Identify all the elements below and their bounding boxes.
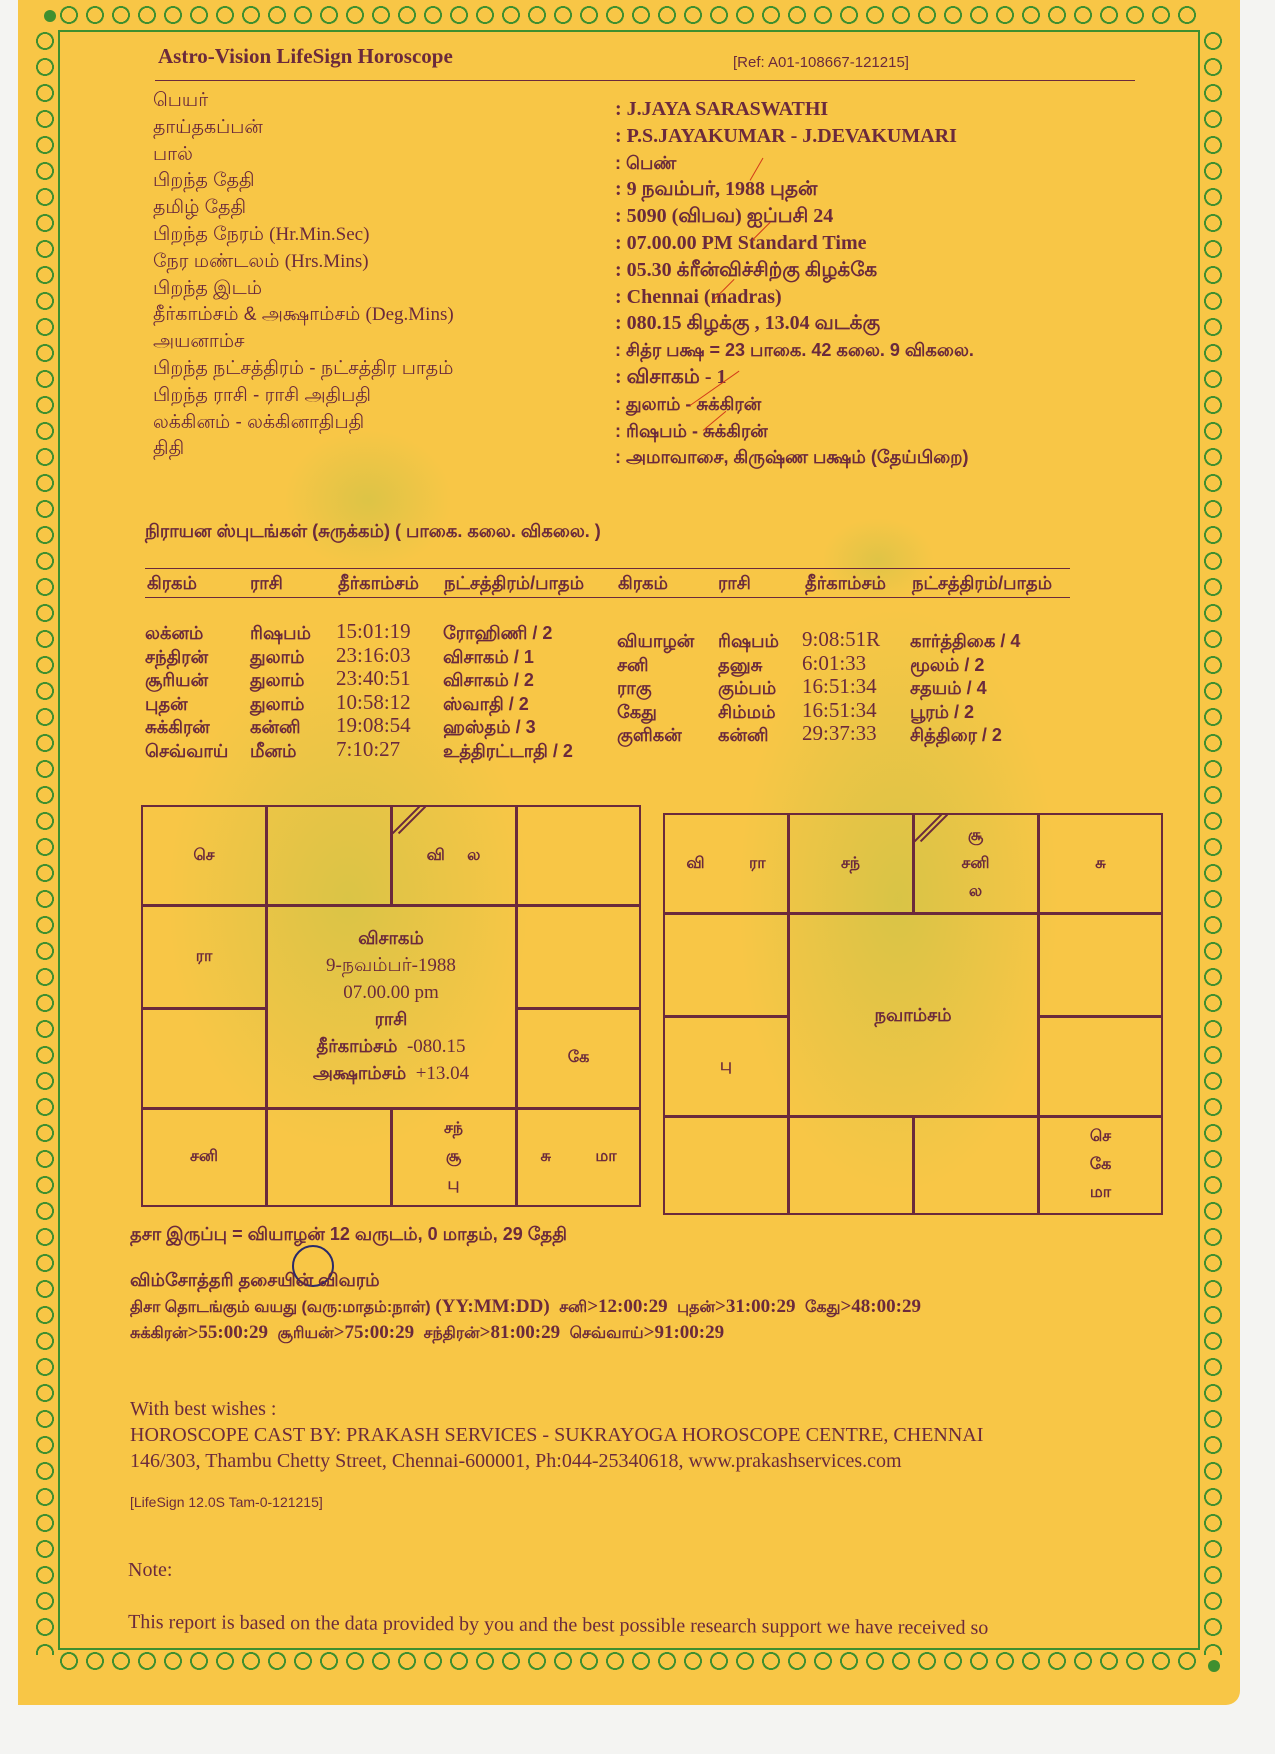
table-cell: 7:10:27 <box>336 738 411 762</box>
navamsa-house-mithunam: சு <box>1039 815 1162 912</box>
navamsa-house-thulam <box>914 1117 1037 1213</box>
center-chart-label: ராசி <box>267 1006 515 1033</box>
cast-by: HOROSCOPE CAST BY: PRAKASH SERVICES - SU… <box>130 1424 983 1447</box>
table-cell: குளிகன் <box>617 724 694 748</box>
col-header-longitude: தீர்காம்சம் <box>338 573 419 596</box>
table-cell: விசாகம் / 1 <box>443 646 573 670</box>
table-cell: தனுசு <box>718 654 779 678</box>
info-label: திதி <box>153 436 454 463</box>
birth-info-values: : J.JAYA SARASWATHI : P.S.JAYAKUMAR - J.… <box>615 96 974 471</box>
info-value-star: : விசாகம் - 1 <box>615 364 974 391</box>
table-cell: கேது <box>617 701 694 725</box>
table-cell: உத்திரட்டாதி / 2 <box>443 740 573 764</box>
info-label: தமிழ் தேதி <box>153 195 454 222</box>
corner-ornament-icon <box>1208 1660 1220 1672</box>
info-value-birth-place: : Chennai (madras) <box>615 284 974 311</box>
dasa-periods-line-2: சுக்கிரன்>55:00:29 சூரியன்>75:00:29 சந்த… <box>130 1322 724 1344</box>
rasi-house-kanni: சு மா <box>517 1109 640 1205</box>
note-label: Note: <box>128 1559 172 1582</box>
table-cell: துலாம் <box>250 693 311 717</box>
table-cell: 23:16:03 <box>336 644 411 668</box>
table-cell: 19:08:54 <box>336 714 411 738</box>
info-label: லக்கினம் - லக்கினாதிபதி <box>153 410 454 437</box>
table-cell: 6:01:33 <box>802 652 880 676</box>
longitude-column-left: 15:01:19 23:16:03 23:40:51 10:58:12 19:0… <box>336 620 411 762</box>
rasi-house-rishabam: வி ல <box>392 807 515 904</box>
col-header-star: நட்சத்திரம்/பாதம் <box>912 573 1052 596</box>
info-label: நேர மண்டலம் (Hrs.Mins) <box>153 249 454 276</box>
reference-number: [Ref: A01-108667-121215] <box>733 54 909 71</box>
table-cell: 9:08:51R <box>802 628 880 652</box>
table-cell: சதயம் / 4 <box>910 677 1020 701</box>
table-cell: கும்பம் <box>718 677 779 701</box>
header-divider <box>155 80 1135 81</box>
info-label: பிறந்த இடம் <box>153 276 454 303</box>
decorative-border-left <box>34 30 56 1655</box>
table-cell: விசாகம் / 2 <box>443 669 573 693</box>
info-label: அயனாம்ச <box>153 329 454 356</box>
table-cell: துலாம் <box>250 669 311 693</box>
table-cell: புதன் <box>145 693 228 717</box>
table-cell: 10:58:12 <box>336 691 411 715</box>
info-value-rasi: : துலாம் - சுக்கிரன் <box>615 391 974 418</box>
rasi-house-kumbam: ரா <box>143 906 265 1007</box>
info-value-name: : J.JAYA SARASWATHI <box>615 96 974 123</box>
info-label: பிறந்த தேதி <box>153 168 454 195</box>
rasi-house-mesham <box>267 807 390 904</box>
decorative-border-bottom <box>58 1650 1198 1672</box>
table-cell: 23:40:51 <box>336 667 411 691</box>
table-cell: ரிஷபம் <box>250 622 311 646</box>
table-cell: சுக்கிரன் <box>145 716 228 740</box>
rasi-chart: செ வி ல ரா கே சனி சந் சூ பு சு மா விசாகம… <box>141 805 641 1207</box>
center-time: 07.00.00 pm <box>267 979 515 1006</box>
table-cell: மூலம் / 2 <box>910 654 1020 678</box>
navamsa-house-mesham: சந் <box>789 815 912 912</box>
info-label: பிறந்த நேரம் (Hr.Min.Sec) <box>153 222 454 249</box>
table-cell: சிம்மம் <box>718 701 779 725</box>
table-cell: 16:51:34 <box>802 699 880 723</box>
document-title: Astro-Vision LifeSign Horoscope <box>158 44 453 69</box>
decorative-border-right <box>1202 30 1224 1655</box>
center-latitude-label: அக்ஷாம்சம் <box>313 1063 406 1083</box>
corner-ornament-icon <box>44 10 56 22</box>
navamsa-chart-center: நவாம்சம் <box>789 914 1037 1115</box>
col-header-longitude: தீர்காம்சம் <box>805 573 886 596</box>
rasi-house-simmam: கே <box>517 1009 640 1107</box>
table-cell: 29:37:33 <box>802 722 880 746</box>
navamsa-house-meenam: வி ரா <box>665 815 787 912</box>
table-cell: மீனம் <box>250 740 311 764</box>
planet-positions-title: நிராயன ஸ்புடங்கள் (சுருக்கம்) ( பாகை. கல… <box>145 521 601 544</box>
table-cell: வியாழன் <box>617 630 694 654</box>
info-value-lagna: : ரிஷபம் - சுக்கிரன் <box>615 418 974 445</box>
navamsa-chart: வி ரா சந் சூ சனி ல சு பு செ கே மா நவாம்ச… <box>663 813 1163 1215</box>
navamsa-house-kumbam <box>665 914 787 1015</box>
navamsa-house-simmam <box>1039 1017 1162 1115</box>
table-cell: கன்னி <box>250 716 311 740</box>
info-label: பிறந்த ராசி - ராசி அதிபதி <box>153 383 454 410</box>
rasi-chart-center: விசாகம் 9-நவம்பர்-1988 07.00.00 pm ராசி … <box>267 925 515 1087</box>
table-cell: ரோஹிணி / 2 <box>443 622 573 646</box>
table-cell: ஹஸ்தம் / 3 <box>443 716 573 740</box>
col-header-rasi: ராசி <box>718 573 751 596</box>
table-cell: ராகு <box>617 677 694 701</box>
center-latitude-value: +13.04 <box>416 1063 469 1084</box>
dasa-balance-value: வியாழன் 12 வருடம், 0 மாதம், 29 தேதி <box>248 1224 567 1244</box>
table-cell: கன்னி <box>718 724 779 748</box>
info-label: பால் <box>153 142 454 169</box>
info-value-ayanamsa: : சித்ர பக்ஷ = 23 பாகை. 42 கலை. 9 விகலை. <box>615 337 974 364</box>
navamsa-house-rishabam: சூ சனி ல <box>914 815 1037 912</box>
navamsa-house-viruchigam <box>789 1117 912 1213</box>
info-value-birth-date: : 9 நவம்பர், 1988 புதன் <box>615 176 974 203</box>
address: 146/303, Thambu Chetty Street, Chennai-6… <box>130 1450 902 1473</box>
center-longitude-value: -080.15 <box>407 1036 466 1057</box>
table-cell: செவ்வாய் <box>145 740 228 764</box>
col-header-star: நட்சத்திரம்/பாதம் <box>444 573 584 596</box>
table-cell: சித்திரை / 2 <box>910 724 1020 748</box>
info-label: தீர்காம்சம் & அக்ஷாம்சம் (Deg.Mins) <box>153 302 454 329</box>
rasi-house-kadagam <box>517 906 640 1007</box>
table-cell: பூரம் / 2 <box>910 701 1020 725</box>
col-header-planet: கிரகம் <box>618 573 668 596</box>
center-date: 9-நவம்பர்-1988 <box>267 952 515 979</box>
center-star: விசாகம் <box>267 925 515 952</box>
info-label: பெயர் <box>153 88 454 115</box>
rasi-house-thulam: சந் சூ பு <box>392 1109 515 1205</box>
longitude-column-right: 9:08:51R 6:01:33 16:51:34 16:51:34 29:37… <box>802 628 880 746</box>
table-cell: கார்த்திகை / 4 <box>910 630 1020 654</box>
rasi-house-makaram <box>143 1009 265 1107</box>
dasa-periods-line-1: திசா தொடங்கும் வயது (வரு:மாதம்:நாள்) (YY… <box>130 1296 921 1318</box>
navamsa-house-makaram: பு <box>665 1017 787 1115</box>
star-column-right: கார்த்திகை / 4 மூலம் / 2 சதயம் / 4 பூரம்… <box>910 630 1020 748</box>
planet-column-left: லக்னம் சந்திரன் சூரியன் புதன் சுக்கிரன் … <box>145 622 228 764</box>
info-label: தாய்தகப்பன் <box>153 115 454 142</box>
table-rule-header <box>145 597 1070 598</box>
rasi-house-mithunam <box>517 807 640 904</box>
info-value-parents: : P.S.JAYAKUMAR - J.DEVAKUMARI <box>615 123 974 150</box>
rasi-house-viruchigam <box>267 1109 390 1205</box>
table-cell: ஸ்வாதி / 2 <box>443 693 573 717</box>
decorative-border-top <box>58 4 1198 26</box>
navamsa-house-kanni: செ கே மா <box>1039 1117 1162 1213</box>
info-value-time-zone: : 05.30 க்ரீன்விச்சிற்கு கிழக்கே <box>615 257 974 284</box>
col-header-rasi: ராசி <box>250 573 283 596</box>
planet-column-right: வியாழன் சனி ராகு கேது குளிகன் <box>617 630 694 748</box>
rasi-column-left: ரிஷபம் துலாம் துலாம் துலாம் கன்னி மீனம் <box>250 622 311 764</box>
col-header-planet: கிரகம் <box>147 573 197 596</box>
info-value-thithi: : அமாவாசை, கிருஷ்ண பக்ஷம் (தேய்பிறை) <box>615 444 974 471</box>
dasa-balance: தசா இருப்பு = வியாழன் 12 வருடம், 0 மாதம்… <box>130 1224 567 1247</box>
info-value-coordinates: : 080.15 கிழக்கு , 13.04 வடக்கு <box>615 310 974 337</box>
table-cell: ரிஷபம் <box>718 630 779 654</box>
table-cell: லக்னம் <box>145 622 228 646</box>
rasi-house-dhanusu: சனி <box>143 1109 265 1205</box>
navamsa-house-dhanusu <box>665 1117 787 1213</box>
vimshottari-title: விம்சோத்தரி தசையின் விவரம் <box>130 1270 380 1293</box>
birth-info-labels: பெயர் தாய்தகப்பன் பால் பிறந்த தேதி தமிழ்… <box>153 88 454 463</box>
table-cell: சூரியன் <box>145 669 228 693</box>
info-value-tamil-date: : 5090 (விபவ) ஐப்பசி 24 <box>615 203 974 230</box>
table-cell: சந்திரன் <box>145 646 228 670</box>
table-rule-top <box>145 568 1070 569</box>
rasi-house-meenam: செ <box>143 807 265 904</box>
info-value-gender: : பெண் <box>615 150 974 177</box>
software-version: [LifeSign 12.0S Tam-0-121215] <box>130 1494 323 1510</box>
table-cell: 16:51:34 <box>802 675 880 699</box>
center-longitude-label: தீர்காம்சம் <box>316 1036 397 1056</box>
navamsa-house-kadagam <box>1039 914 1162 1015</box>
rasi-column-right: ரிஷபம் தனுசு கும்பம் சிம்மம் கன்னி <box>718 630 779 748</box>
info-value-birth-time: : 07.00.00 PM Standard Time <box>615 230 974 257</box>
best-wishes: With best wishes : <box>130 1398 276 1421</box>
table-cell: துலாம் <box>250 646 311 670</box>
table-cell: 15:01:19 <box>336 620 411 644</box>
table-cell: சனி <box>617 654 694 678</box>
info-label: பிறந்த நட்சத்திரம் - நட்சத்திர பாதம் <box>153 356 454 383</box>
star-column-left: ரோஹிணி / 2 விசாகம் / 1 விசாகம் / 2 ஸ்வாத… <box>443 622 573 764</box>
